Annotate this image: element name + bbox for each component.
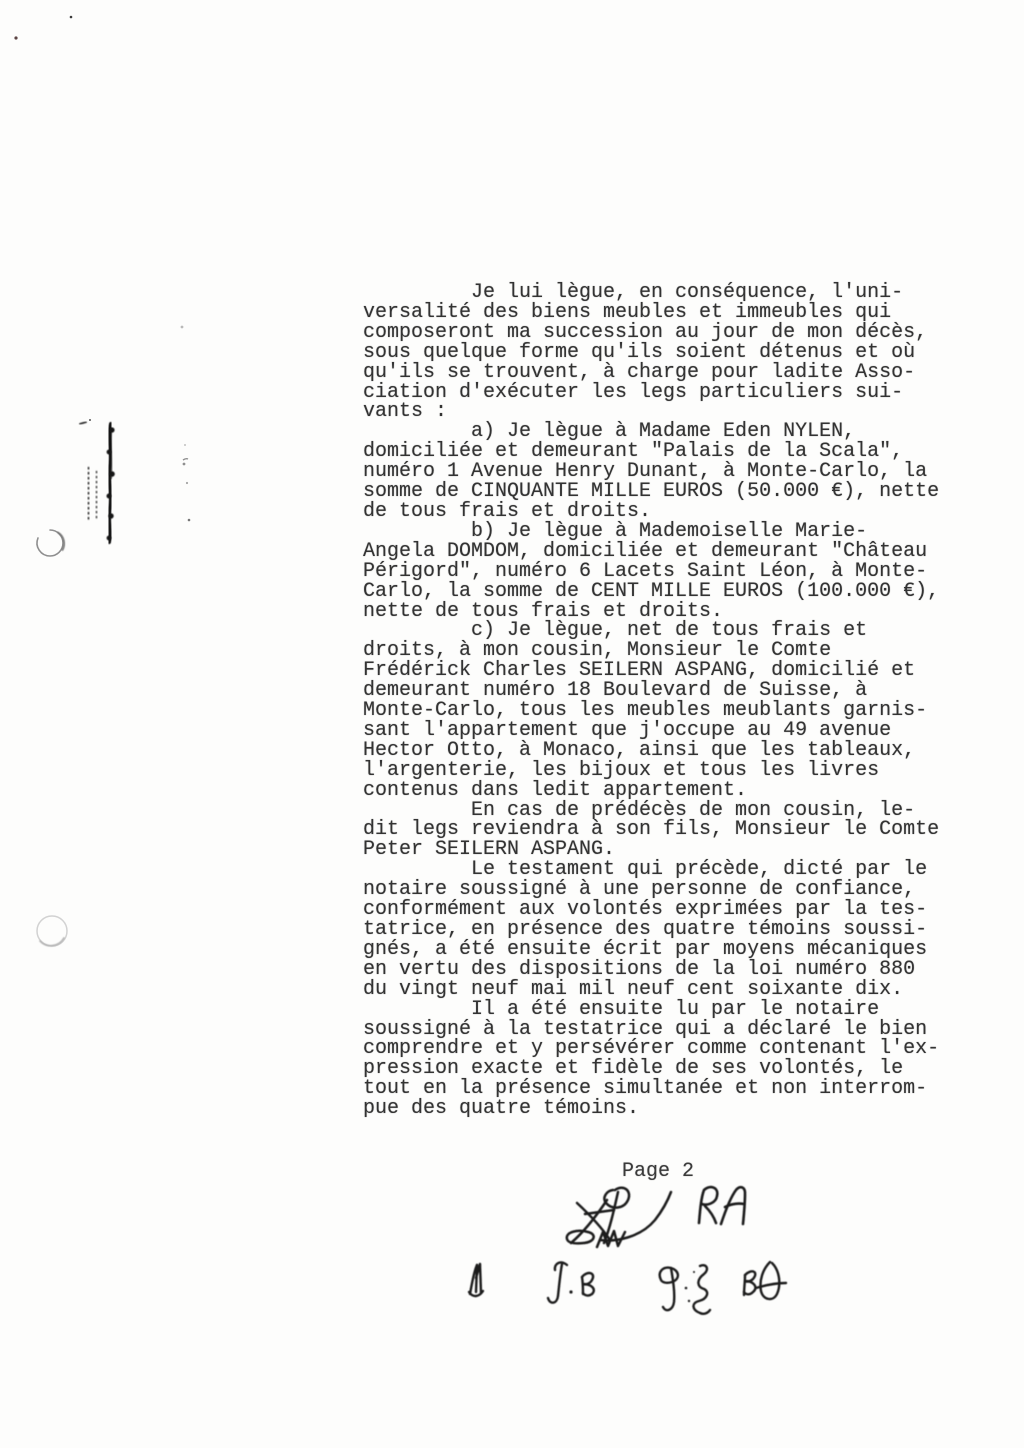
hole-punch-top <box>37 530 64 556</box>
scanned-document-page: Je lui lègue, en conséquence, l'uni- ver… <box>0 0 1024 1448</box>
initials-ra <box>699 1187 745 1224</box>
page-number: Page 2 <box>622 1162 694 1182</box>
witness-squiggle <box>660 1265 710 1314</box>
ink-specks <box>14 16 190 522</box>
initials-ba <box>744 1262 786 1299</box>
witness-mark <box>469 1264 483 1296</box>
initials-jb <box>548 1263 594 1303</box>
margin-stamp <box>80 419 115 542</box>
hole-punch-bottom <box>37 916 67 946</box>
notary-signature <box>567 1188 671 1247</box>
stamp-text-column <box>96 471 97 519</box>
stamp-text-column <box>88 467 89 521</box>
document-body-text: Je lui lègue, en conséquence, l'uni- ver… <box>363 283 939 1119</box>
